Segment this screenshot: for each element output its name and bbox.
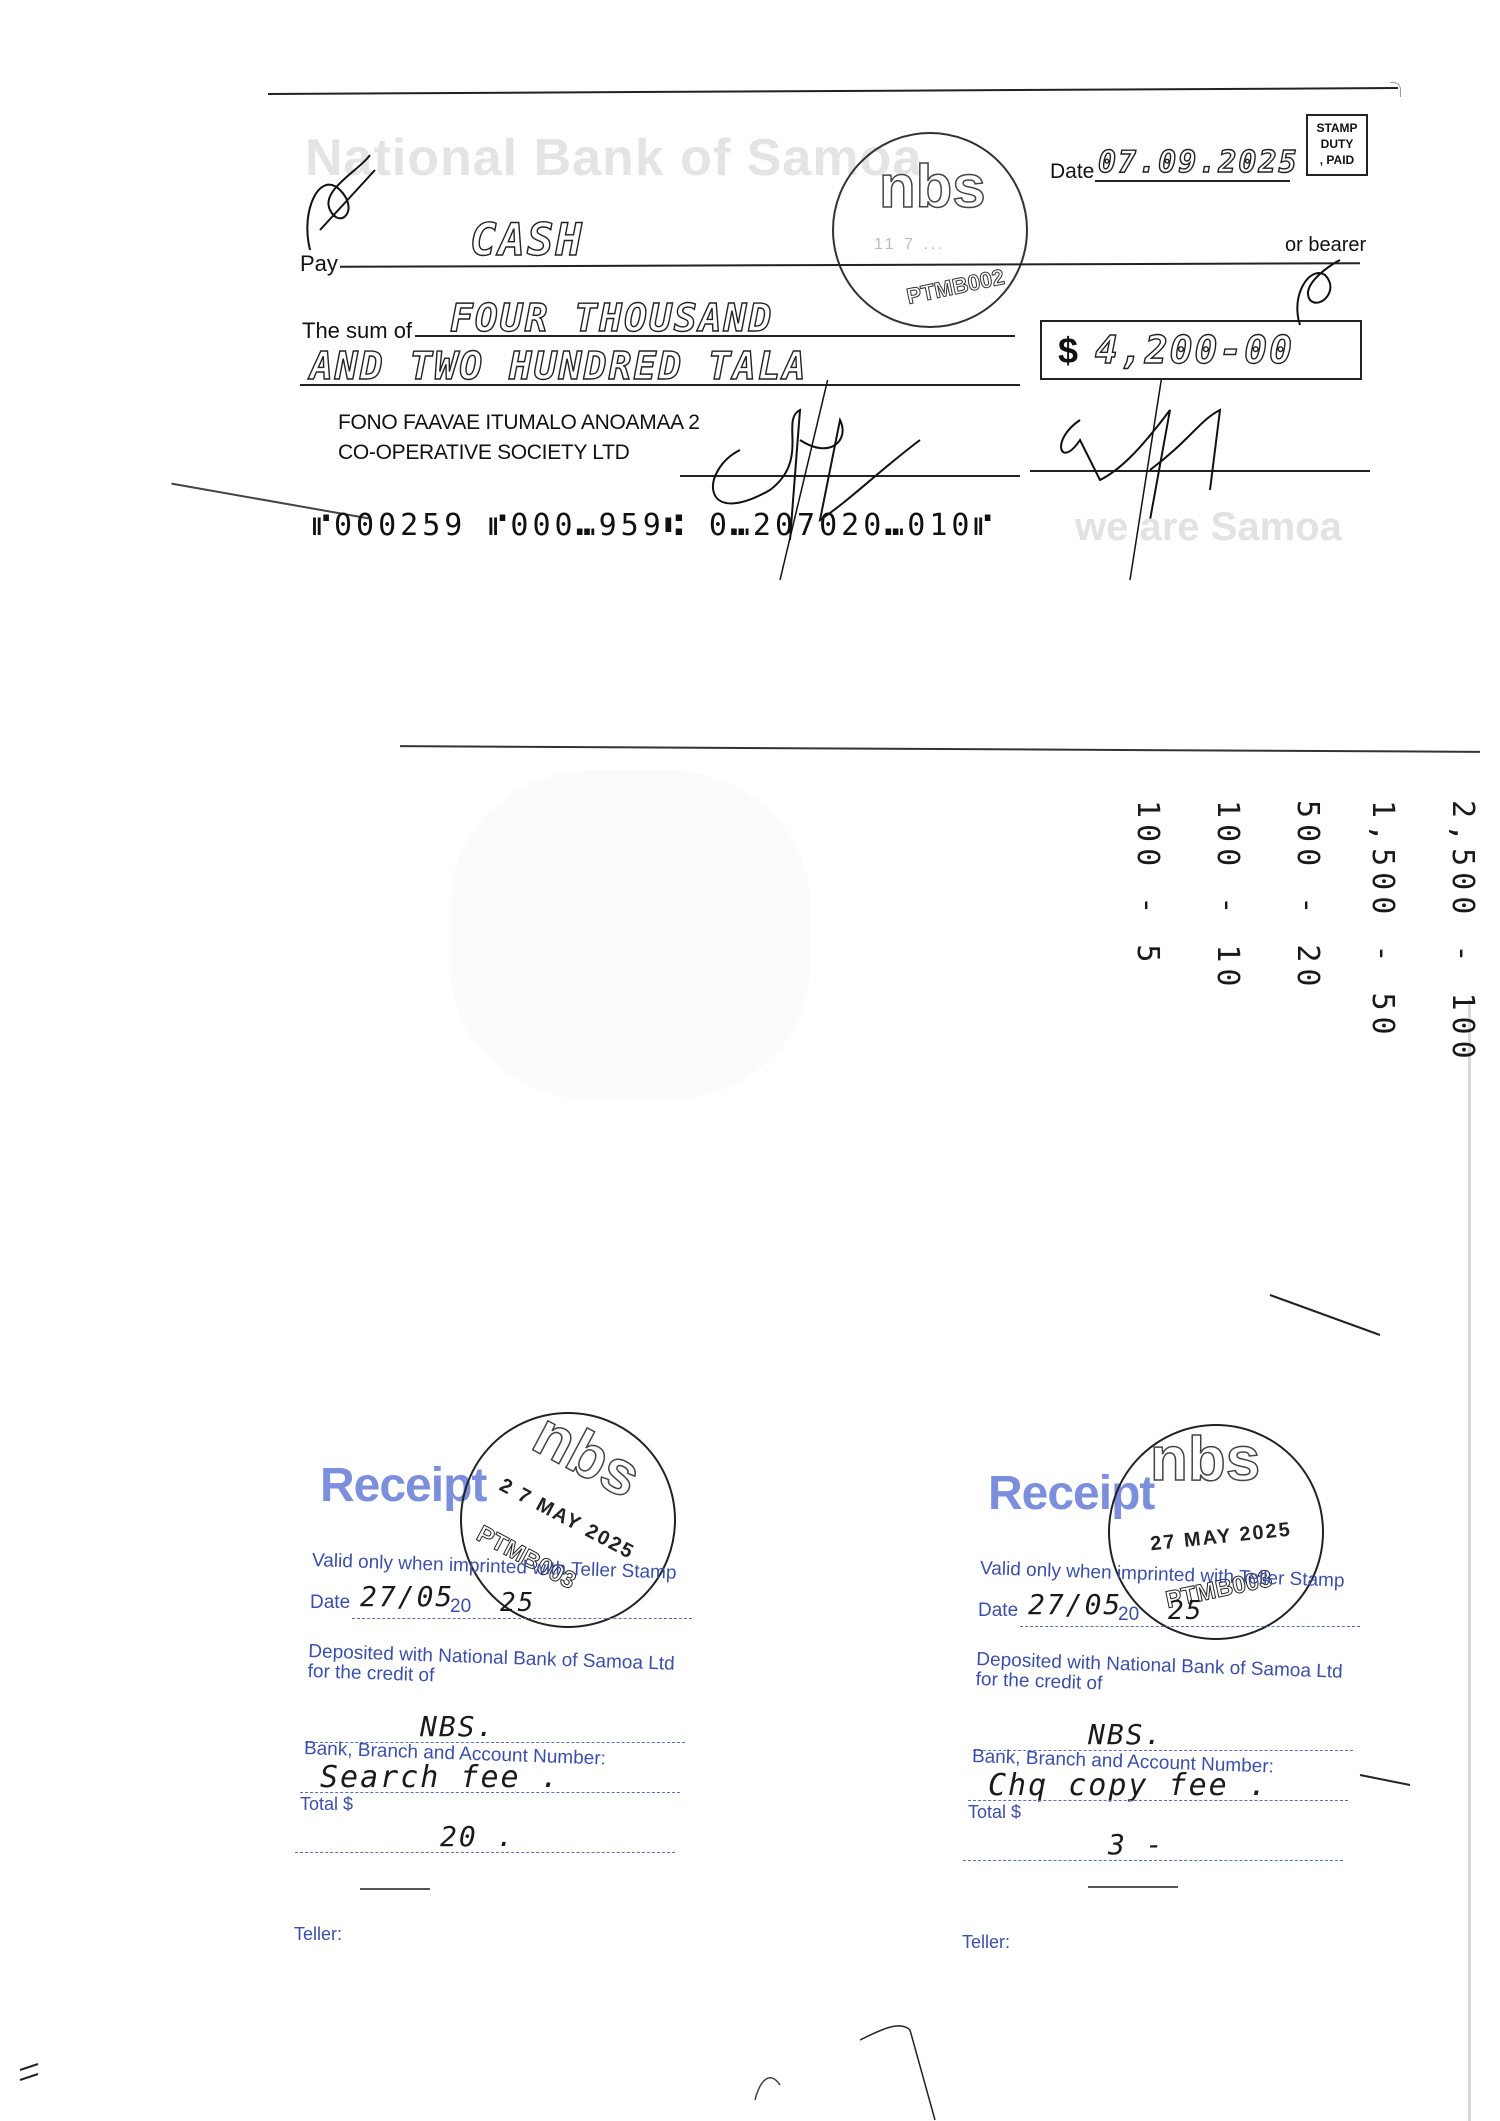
slogan-watermark: we are Samoa	[1075, 505, 1342, 550]
signatures	[680, 380, 1400, 580]
payee: CASH	[470, 215, 584, 266]
cheque-top-border	[268, 87, 1398, 95]
teller-stamp: nbs 11 7 ... PTMB002	[832, 132, 1028, 328]
denomination-note: 100 - 10	[1205, 800, 1245, 1040]
scan-artifacts	[0, 1280, 1500, 2121]
stamp-duty-line: , PAID	[1308, 152, 1366, 168]
denomination-note: 1,500 - 50	[1360, 800, 1400, 1040]
initials	[300, 150, 400, 260]
amount-words: FOUR THOUSAND	[450, 296, 773, 340]
or-bearer-label: or bearer	[1285, 234, 1366, 257]
cheque-corner	[1390, 82, 1401, 97]
micr-line: ⑈000259 ⑈000⑉959⑆ 0⑉207020⑉010⑈	[312, 508, 995, 543]
date-underline	[1095, 180, 1290, 182]
denomination-note: 2,500 - 100	[1440, 800, 1480, 1040]
stamp-date: 11 7 ...	[874, 236, 946, 254]
stamp-branch-code: PTMB002	[904, 264, 1006, 310]
stamp-duty-line: STAMP	[1308, 120, 1366, 136]
denomination-note: 500 - 20	[1285, 800, 1325, 1040]
stamp-duty-line: DUTY	[1308, 136, 1366, 152]
sum-label: The sum of	[302, 318, 412, 344]
denomination-notes: 2,500 - 100 1,500 - 50 500 - 20 100 - 10…	[1110, 800, 1490, 1040]
blank-area	[450, 770, 810, 1100]
date-label: Date	[1050, 160, 1094, 184]
drawer-line: CO-OPERATIVE SOCIETY LTD	[338, 438, 700, 468]
drawer-name: FONO FAAVAE ITUMALO ANOAMAA 2 CO-OPERATI…	[338, 408, 700, 468]
denomination-note: 100 - 5	[1125, 800, 1165, 1040]
drawer-line: FONO FAAVAE ITUMALO ANOAMAA 2	[338, 408, 700, 438]
amount-figures: 4,200-00	[1095, 328, 1294, 372]
section-divider	[400, 745, 1480, 753]
cheque-date: 07.09.2025	[1098, 145, 1299, 180]
currency-symbol: $	[1058, 330, 1078, 372]
nbs-logo-icon: nbs	[879, 152, 986, 221]
stamp-duty-box: STAMP DUTY , PAID	[1306, 114, 1368, 176]
initials	[1290, 255, 1350, 335]
